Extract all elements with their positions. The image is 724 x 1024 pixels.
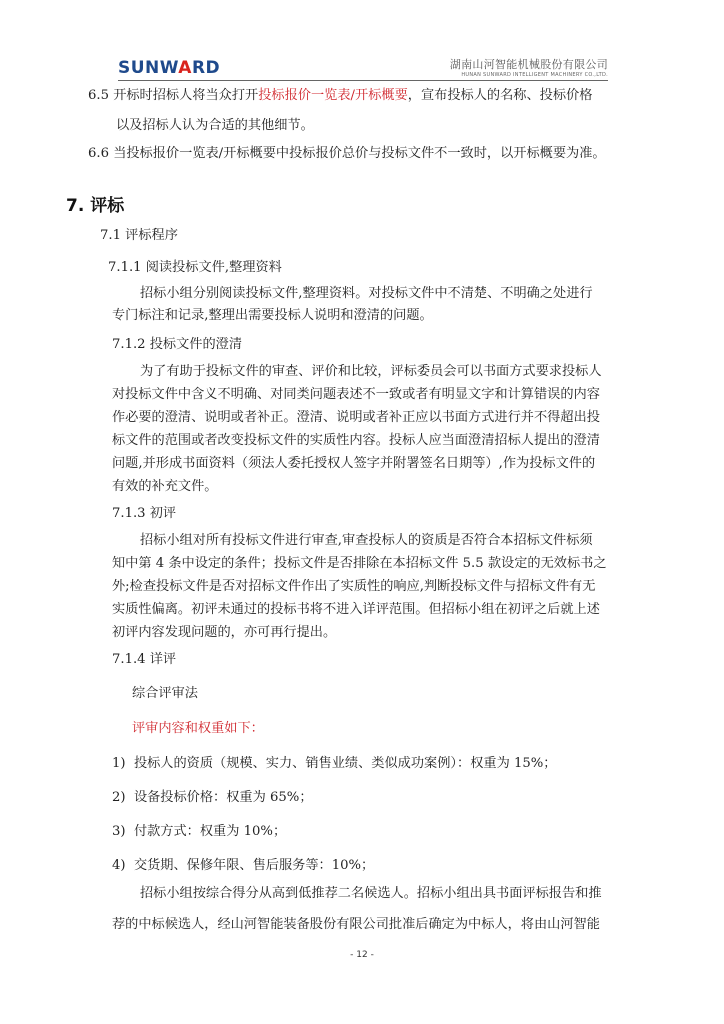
paragraph-line: 为了有助于投标文件的审查、评价和比较，评标委员会可以书面方式要求投标人: [140, 364, 602, 380]
section-7-1-heading: 7.1 评标程序: [100, 228, 178, 244]
highlight-text: 投标报价一览表/开标概要: [258, 88, 408, 103]
company-name: 湖南山河智能机械股份有限公司 HUNAN SUNWARD INTELLIGENT…: [450, 56, 608, 78]
clause-6-5-cont: 以及招标人认为合适的其他细节。: [116, 118, 314, 134]
paragraph-line: 招标小组分别阅读投标文件,整理资料。对投标文件中不清楚、不明确之处进行: [140, 286, 593, 302]
clause-6-6: 6.6 当投标报价一览表/开标概要中投标报价总价与投标文件不一致时，以开标概要为…: [88, 146, 606, 162]
paragraph-line: 荐的中标候选人，经山河智能装备股份有限公司批准后确定为中标人，将由山河智能: [112, 917, 600, 933]
section-7-1-3-heading: 7.1.3 初评: [112, 506, 176, 522]
paragraph-line: 有效的补充文件。: [112, 479, 218, 495]
header-divider: [118, 80, 608, 81]
criteria-item: 1) 投标人的资质（规模、实力、销售业绩、类似成功案例）：权重为 15%；: [112, 756, 556, 772]
evaluation-method: 综合评审法: [132, 686, 198, 702]
criteria-heading: 评审内容和权重如下：: [132, 721, 264, 737]
paragraph-line: 标文件的范围或者改变投标文件的实质性内容。投标人应当面澄清招标人提出的澄清: [112, 433, 600, 449]
company-name-cn: 湖南山河智能机械股份有限公司: [450, 56, 608, 72]
paragraph-line: 问题,并形成书面资料（须法人委托授权人签字并附署签名日期等）,作为投标文件的: [112, 456, 595, 472]
paragraph-line: 知中第 4 条中设定的条件；投标文件是否排除在本招标文件 5.5 款设定的无效标…: [112, 556, 607, 572]
paragraph-line: 外;检查投标文件是否对招标文件作出了实质性的响应,判断投标文件与招标文件有无: [112, 579, 595, 595]
paragraph-line: 对投标文件中含义不明确、对同类问题表述不一致或者有明显文字和计算错误的内容: [112, 387, 600, 403]
criteria-item: 2) 设备投标价格：权重为 65%；: [112, 790, 313, 806]
paragraph-line: 招标小组按综合得分从高到低推荐二名候选人。招标小组出具书面评标报告和推: [140, 886, 602, 902]
page-number: - 12 -: [0, 950, 724, 960]
company-name-en: HUNAN SUNWARD INTELLIGENT MACHINERY CO.,…: [450, 72, 608, 78]
paragraph-line: 作必要的澄清、说明或者补正。澄清、说明或者补正应以书面方式进行并不得超出投: [112, 410, 600, 426]
section-7-heading: 7. 评标: [66, 198, 124, 214]
sunward-logo: SUNWARD: [118, 58, 220, 78]
clause-6-5: 6.5 开标时招标人将当众打开投标报价一览表/开标概要，宣布投标人的名称、投标价…: [88, 88, 592, 104]
paragraph-line: 专门标注和记录,整理出需要投标人说明和澄清的问题。: [112, 308, 433, 324]
criteria-item: 4) 交货期、保修年限、售后服务等：10%；: [112, 858, 374, 874]
paragraph-line: 实质性偏离。初评未通过的投标书将不进入详评范围。但招标小组在初评之后就上述: [112, 602, 600, 618]
section-7-1-1-heading: 7.1.1 阅读投标文件,整理资料: [108, 260, 282, 276]
section-7-1-4-heading: 7.1.4 详评: [112, 652, 176, 668]
section-7-1-2-heading: 7.1.2 投标文件的澄清: [112, 337, 242, 353]
paragraph-line: 招标小组对所有投标文件进行审查,审查投标人的资质是否符合本招标文件标须: [140, 533, 593, 549]
page-header: SUNWARD 湖南山河智能机械股份有限公司 HUNAN SUNWARD INT…: [118, 52, 608, 78]
criteria-item: 3) 付款方式：权重为 10%；: [112, 824, 286, 840]
paragraph-line: 初评内容发现问题的，亦可再行提出。: [112, 625, 336, 641]
